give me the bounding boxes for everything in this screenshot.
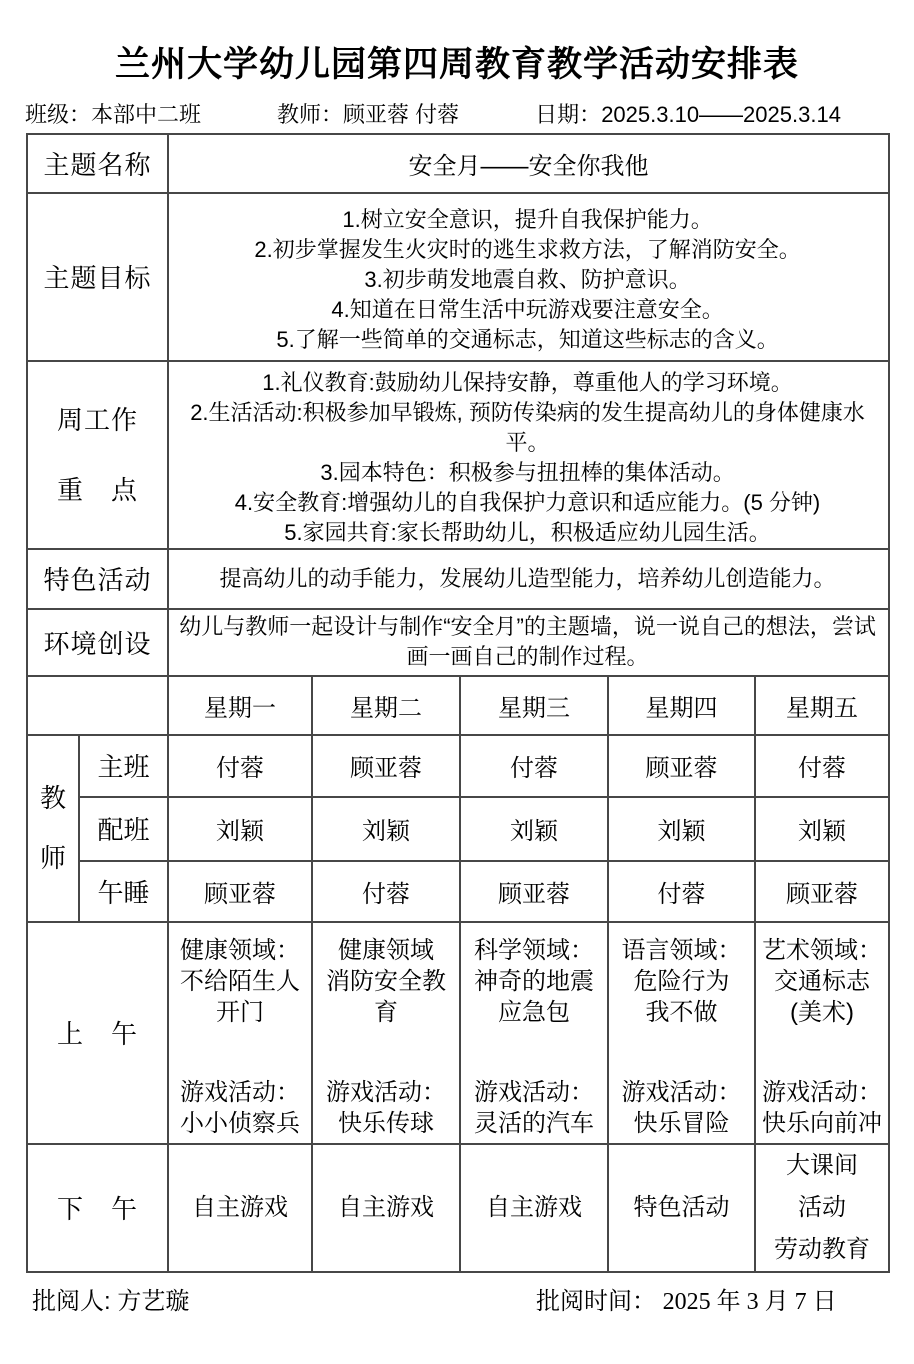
morning-label: 上 午 — [27, 922, 168, 1144]
date-label: 日期： — [535, 102, 601, 128]
review-time-field: 批阅时间： 2025 年 3 月 7 日 — [536, 1286, 837, 1318]
day-header-row: 星期一 星期二 星期三 星期四 星期五 — [27, 676, 889, 735]
morning-activity: 健康领域 消防安全教 育 — [313, 935, 459, 1028]
special-activity-row: 特色活动 提高幼儿的动手能力，发展幼儿造型能力，培养幼儿创造能力。 — [27, 549, 889, 609]
date-value: 2025.3.10——2025.3.14 — [601, 102, 841, 128]
focus-item: 5.家园共育:家长帮助幼儿，积极适应幼儿园生活。 — [177, 518, 878, 548]
document-title: 兰州大学幼儿园第四周教育教学活动安排表 — [0, 42, 914, 88]
goal-item: 5.了解一些简单的交通标志，知道这些标志的含义。 — [177, 325, 878, 355]
special-activity-content: 提高幼儿的动手能力，发展幼儿造型能力，培养幼儿创造能力。 — [168, 549, 889, 609]
teacher-role-label: 主班 — [79, 735, 168, 797]
teacher-name-cell: 刘颖 — [168, 797, 312, 861]
goal-item: 1.树立安全意识，提升自我保护能力。 — [177, 205, 878, 235]
teacher-role-label: 午睡 — [79, 861, 168, 922]
environment-label: 环境创设 — [27, 609, 168, 676]
class-label: 班级： — [25, 102, 91, 128]
date-field: 日期： 2025.3.10——2025.3.14 — [535, 102, 841, 128]
teacher-name-cell: 刘颖 — [608, 797, 755, 861]
footer: 批阅人: 方艺璇 批阅时间： 2025 年 3 月 7 日 — [0, 1286, 914, 1318]
teacher-name-cell: 顾亚蓉 — [312, 735, 460, 797]
afternoon-row: 下 午 自主游戏 自主游戏 自主游戏 特色活动 大课间 活动 劳动教育 — [27, 1144, 889, 1272]
review-time-label: 批阅时间： — [536, 1288, 656, 1315]
theme-name-label: 主题名称 — [27, 134, 168, 193]
day-header-mon: 星期一 — [168, 676, 312, 735]
reviewer-label: 批阅人: — [32, 1288, 111, 1315]
morning-activity: 健康领域： 不给陌生人 开门 — [169, 935, 311, 1028]
day-header-fri: 星期五 — [755, 676, 889, 735]
teacher-name-cell: 顾亚蓉 — [608, 735, 755, 797]
theme-goals-row: 主题目标 1.树立安全意识，提升自我保护能力。 2.初步掌握发生火灾时的逃生求救… — [27, 193, 889, 361]
focus-item: 1.礼仪教育:鼓励幼儿保持安静，尊重他人的学习环境。 — [177, 368, 878, 398]
corner-cell — [27, 676, 168, 735]
teacher-name-cell: 刘颖 — [460, 797, 608, 861]
afternoon-cell-mon: 自主游戏 — [168, 1144, 312, 1272]
morning-game: 游戏活动： 快乐向前冲 — [756, 1077, 888, 1139]
teachers-value: 顾亚蓉 付蓉 — [343, 102, 459, 128]
focus-item: 4.安全教育:增强幼儿的自我保护力意识和适应能力。(5 分钟) — [177, 488, 878, 518]
teacher-row-main: 教 师 主班 付蓉 顾亚蓉 付蓉 顾亚蓉 付蓉 — [27, 735, 889, 797]
afternoon-label: 下 午 — [27, 1144, 168, 1272]
reviewer-value: 方艺璇 — [117, 1288, 189, 1315]
afternoon-cell-fri: 大课间 活动 劳动教育 — [755, 1144, 889, 1272]
goal-item: 3.初步萌发地震自救、防护意识。 — [177, 265, 878, 295]
day-header-thu: 星期四 — [608, 676, 755, 735]
day-header-tue: 星期二 — [312, 676, 460, 735]
week-focus-label: 周工作 重 点 — [27, 361, 168, 549]
teacher-name-cell: 付蓉 — [460, 735, 608, 797]
teacher-name-cell: 顾亚蓉 — [168, 861, 312, 922]
meta-line: 班级： 本部中二班 教师： 顾亚蓉 付蓉 日期： 2025.3.10——2025… — [25, 102, 914, 128]
morning-activity: 艺术领域： 交通标志 (美术) — [756, 935, 888, 1028]
theme-name-content: 安全月——安全你我他 — [168, 134, 889, 193]
theme-name-row: 主题名称 安全月——安全你我他 — [27, 134, 889, 193]
special-activity-label: 特色活动 — [27, 549, 168, 609]
morning-game: 游戏活动： 灵活的汽车 — [461, 1077, 607, 1139]
morning-game: 游戏活动： 快乐冒险 — [609, 1077, 754, 1139]
teacher-name-cell: 付蓉 — [755, 735, 889, 797]
teacher-name-cell: 刘颖 — [755, 797, 889, 861]
day-header-wed: 星期三 — [460, 676, 608, 735]
teacher-name-cell: 付蓉 — [168, 735, 312, 797]
class-field: 班级： 本部中二班 — [25, 102, 201, 128]
goal-item: 2.初步掌握发生火灾时的逃生求救方法，了解消防安全。 — [177, 235, 878, 265]
morning-cell-wed: 科学领域： 神奇的地震 应急包 游戏活动： 灵活的汽车 — [460, 922, 608, 1144]
teacher-role-label: 配班 — [79, 797, 168, 861]
afternoon-cell-wed: 自主游戏 — [460, 1144, 608, 1272]
morning-game: 游戏活动： 小小侦察兵 — [169, 1077, 311, 1139]
morning-row: 上 午 健康领域： 不给陌生人 开门 游戏活动： 小小侦察兵 健康领域 消防安全… — [27, 922, 889, 1144]
week-focus-row: 周工作 重 点 1.礼仪教育:鼓励幼儿保持安静，尊重他人的学习环境。 2.生活活… — [27, 361, 889, 549]
environment-content: 幼儿与教师一起设计与制作“安全月”的主题墙，说一说自己的想法，尝试画一画自己的制… — [168, 609, 889, 676]
theme-goals-content: 1.树立安全意识，提升自我保护能力。 2.初步掌握发生火灾时的逃生求救方法，了解… — [168, 193, 889, 361]
teacher-name-cell: 顾亚蓉 — [755, 861, 889, 922]
class-value: 本部中二班 — [91, 102, 201, 128]
teachers-field: 教师： 顾亚蓉 付蓉 — [277, 102, 459, 128]
focus-item: 3.园本特色：积极参与扭扭棒的集体活动。 — [177, 458, 878, 488]
teacher-name-cell: 付蓉 — [608, 861, 755, 922]
teacher-name-cell: 付蓉 — [312, 861, 460, 922]
morning-activity: 语言领域： 危险行为 我不做 — [609, 935, 754, 1028]
teacher-row-nap: 午睡 顾亚蓉 付蓉 顾亚蓉 付蓉 顾亚蓉 — [27, 861, 889, 922]
environment-row: 环境创设 幼儿与教师一起设计与制作“安全月”的主题墙，说一说自己的想法，尝试画一… — [27, 609, 889, 676]
review-time-value: 2025 年 3 月 7 日 — [663, 1289, 837, 1315]
teacher-name-cell: 顾亚蓉 — [460, 861, 608, 922]
morning-game: 游戏活动： 快乐传球 — [313, 1077, 459, 1139]
teacher-row-assist: 配班 刘颖 刘颖 刘颖 刘颖 刘颖 — [27, 797, 889, 861]
focus-item: 2.生活活动:积极参加早锻炼, 预防传染病的发生提高幼儿的身体健康水平。 — [177, 398, 878, 458]
teacher-group-label: 教 师 — [27, 735, 79, 922]
morning-cell-mon: 健康领域： 不给陌生人 开门 游戏活动： 小小侦察兵 — [168, 922, 312, 1144]
goal-item: 4.知道在日常生活中玩游戏要注意安全。 — [177, 295, 878, 325]
morning-cell-fri: 艺术领域： 交通标志 (美术) 游戏活动： 快乐向前冲 — [755, 922, 889, 1144]
schedule-table: 主题名称 安全月——安全你我他 主题目标 1.树立安全意识，提升自我保护能力。 … — [26, 133, 890, 1273]
teachers-label: 教师： — [277, 102, 343, 128]
morning-cell-thu: 语言领域： 危险行为 我不做 游戏活动： 快乐冒险 — [608, 922, 755, 1144]
afternoon-cell-thu: 特色活动 — [608, 1144, 755, 1272]
teacher-name-cell: 刘颖 — [312, 797, 460, 861]
afternoon-cell-tue: 自主游戏 — [312, 1144, 460, 1272]
morning-activity: 科学领域： 神奇的地震 应急包 — [461, 935, 607, 1028]
week-focus-content: 1.礼仪教育:鼓励幼儿保持安静，尊重他人的学习环境。 2.生活活动:积极参加早锻… — [168, 361, 889, 549]
theme-goals-label: 主题目标 — [27, 193, 168, 361]
morning-cell-tue: 健康领域 消防安全教 育 游戏活动： 快乐传球 — [312, 922, 460, 1144]
reviewer-field: 批阅人: 方艺璇 — [32, 1288, 189, 1315]
